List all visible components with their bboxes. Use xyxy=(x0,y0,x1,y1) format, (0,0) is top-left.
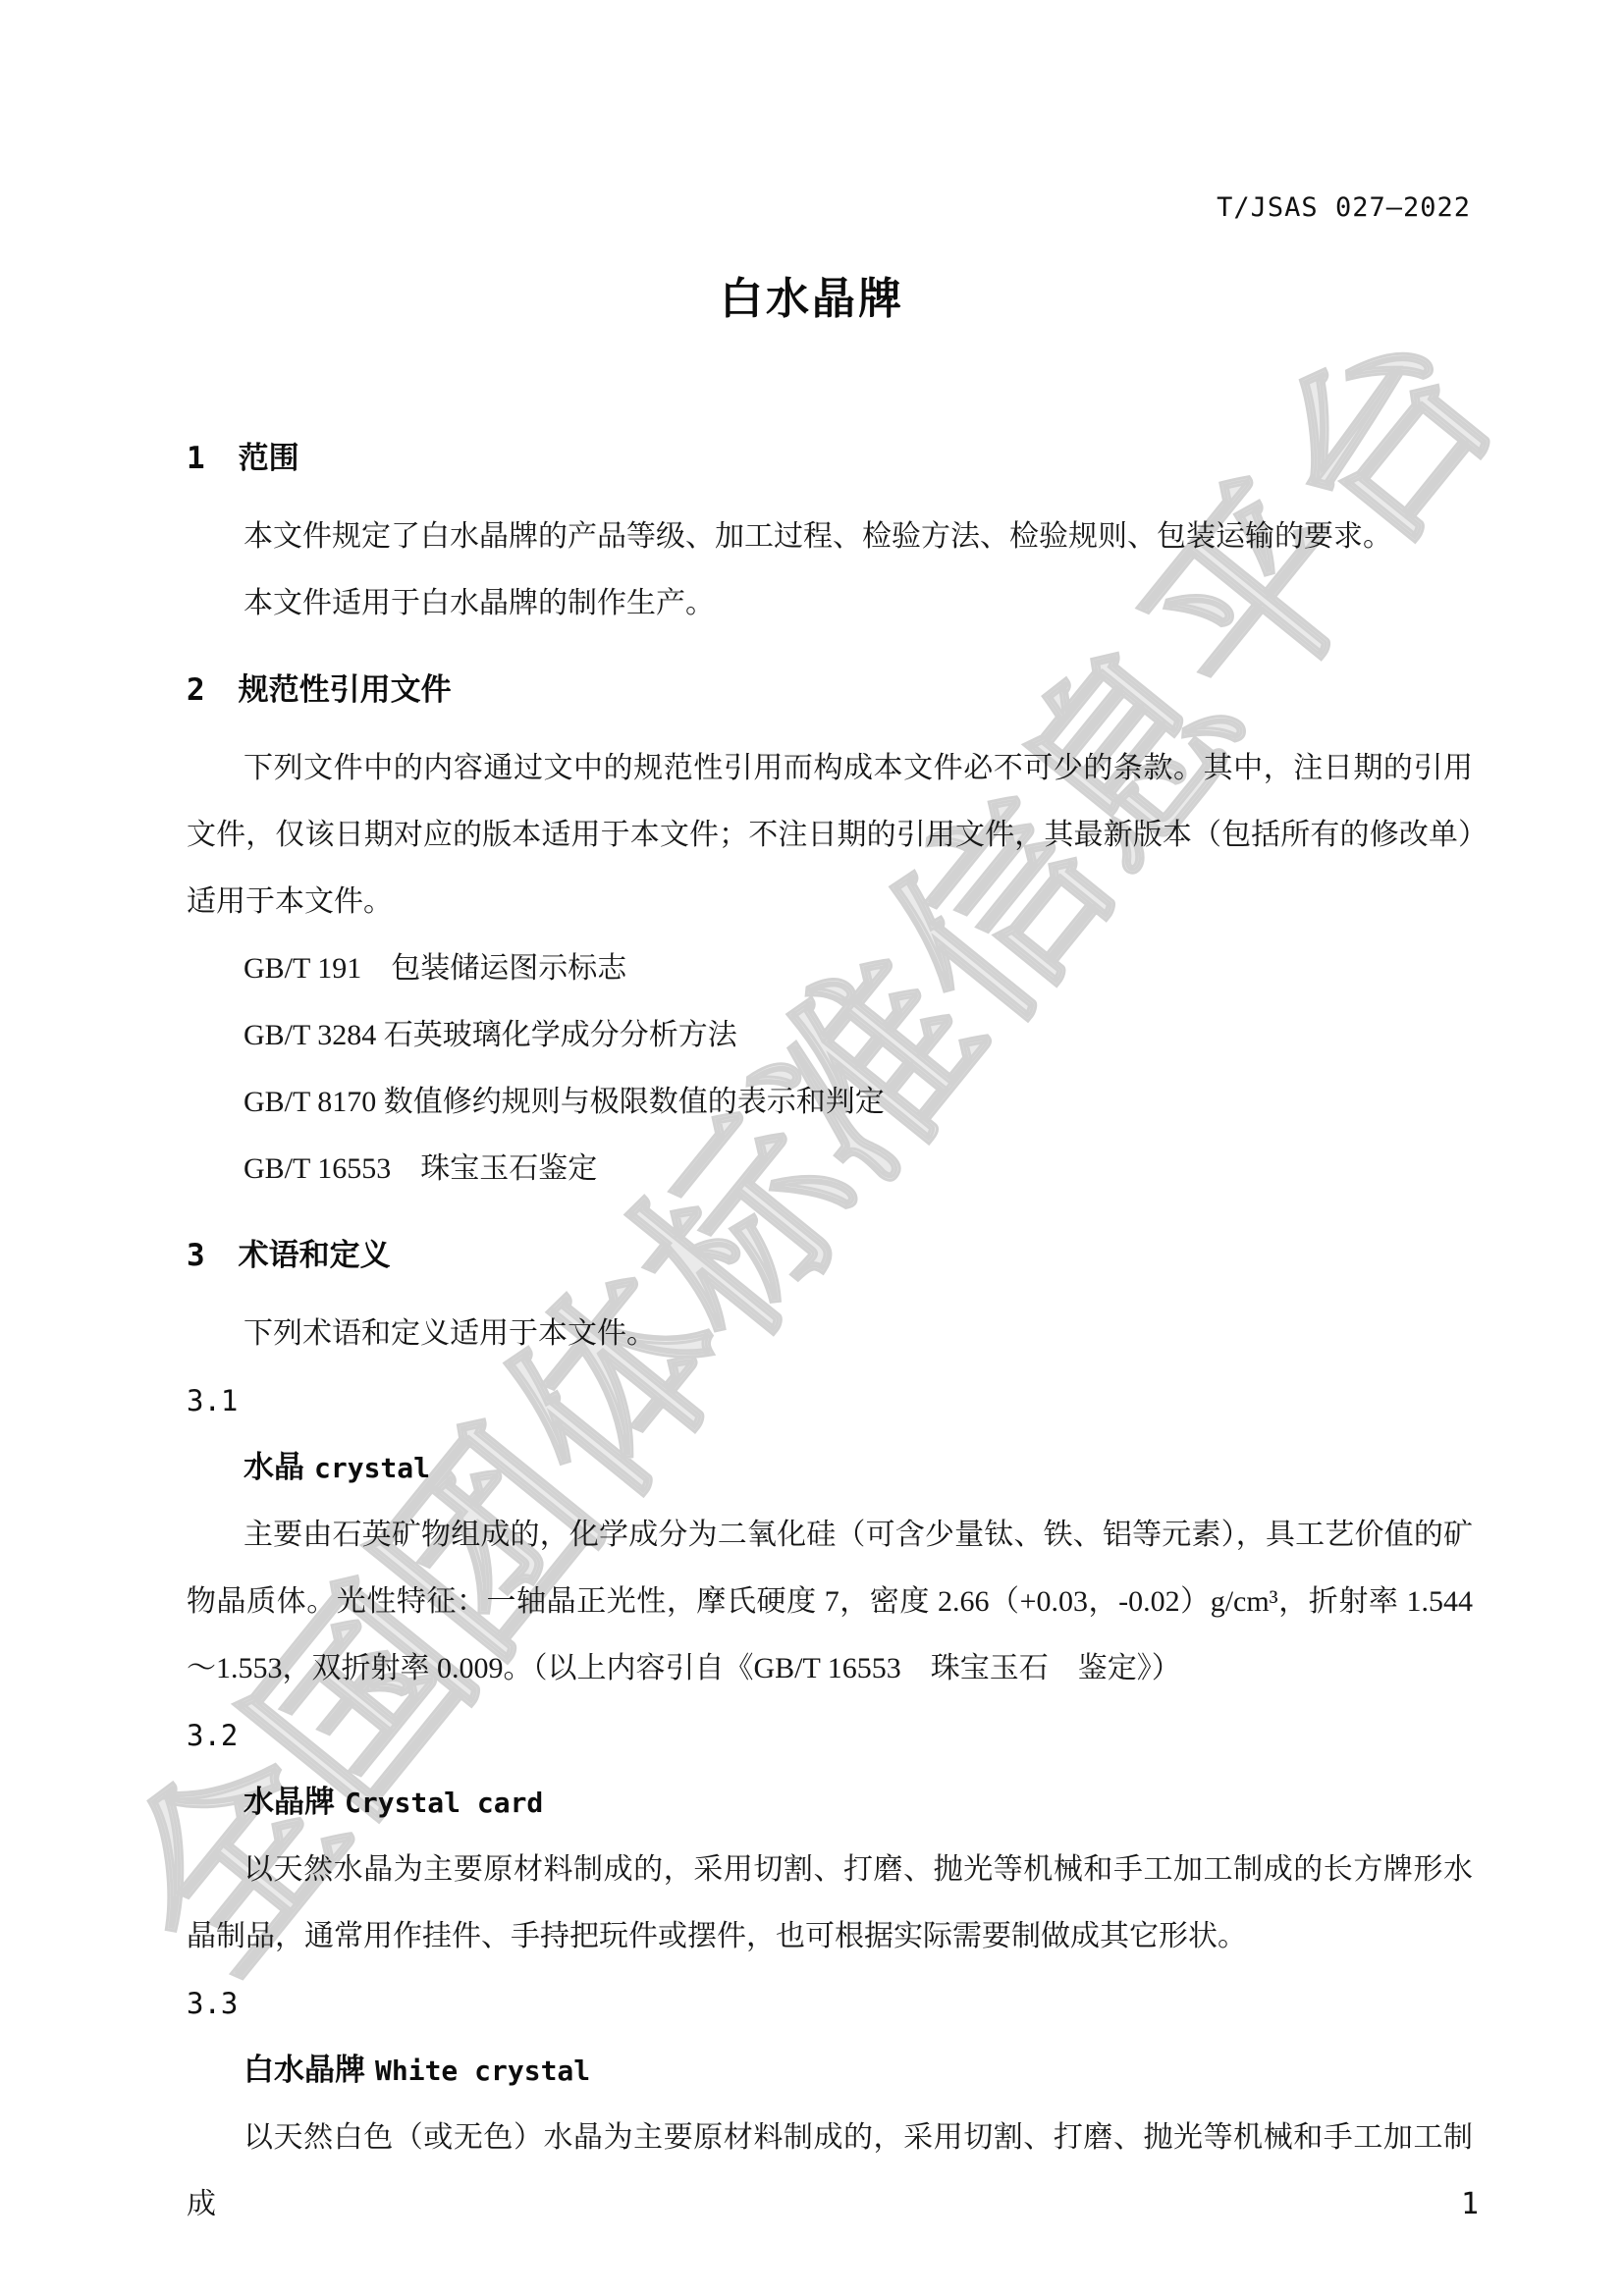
document-page: 全国团体标准信息平台 T/JSAS 027—2022 白水晶牌 1范围 本文件规… xyxy=(0,0,1624,2296)
reference-item: GB/T 191 包装储运图示标志 xyxy=(187,935,1473,1002)
section-1-number: 1 xyxy=(187,425,205,492)
page-number: 1 xyxy=(1461,2187,1479,2221)
term-zh: 水晶 xyxy=(244,1450,304,1485)
reference-item: GB/T 16553 珠宝玉石鉴定 xyxy=(187,1136,1473,1202)
standard-code: T/JSAS 027—2022 xyxy=(1217,192,1471,223)
section-2-number: 2 xyxy=(187,657,205,723)
term-heading-white-crystal: 白水晶牌White crystal xyxy=(187,2037,1473,2105)
section-2-heading: 2规范性引用文件 xyxy=(187,657,1473,723)
term-zh: 白水晶牌 xyxy=(244,2053,365,2088)
section-3-heading: 3术语和定义 xyxy=(187,1222,1473,1289)
reference-item: GB/T 8170 数值修约规则与极限数值的表示和判定 xyxy=(187,1069,1473,1136)
section-3-number: 3 xyxy=(187,1222,205,1289)
document-title: 白水晶牌 xyxy=(0,263,1624,326)
clause-number-3-1: 3.1 xyxy=(187,1367,1473,1434)
section-1-title: 范围 xyxy=(239,441,299,476)
paragraph-scope-1: 本文件规定了白水晶牌的产品等级、加工过程、检验方法、检验规则、包装运输的要求。 xyxy=(187,504,1473,570)
reference-item: GB/T 3284 石英玻璃化学成分分析方法 xyxy=(187,1002,1473,1069)
term-definition-white-crystal: 以天然白色（或无色）水晶为主要原材料制成的，采用切割、打磨、抛光等机械和手工加工… xyxy=(187,2105,1473,2238)
term-heading-crystal: 水晶crystal xyxy=(187,1434,1473,1502)
term-heading-crystal-card: 水晶牌Crystal card xyxy=(187,1769,1473,1837)
term-en: White crystal xyxy=(375,2055,590,2087)
term-en: crystal xyxy=(314,1452,430,1484)
term-definition-crystal: 主要由石英矿物组成的，化学成分为二氧化硅（可含少量钛、铁、铝等元素），具工艺价值… xyxy=(187,1502,1473,1702)
paragraph-terms-intro: 下列术语和定义适用于本文件。 xyxy=(187,1301,1473,1367)
clause-number-3-3: 3.3 xyxy=(187,1970,1473,2037)
clause-number-3-2: 3.2 xyxy=(187,1702,1473,1769)
section-1-heading: 1范围 xyxy=(187,425,1473,492)
section-3-title: 术语和定义 xyxy=(239,1238,391,1273)
section-2-title: 规范性引用文件 xyxy=(239,672,452,708)
term-definition-crystal-card: 以天然水晶为主要原材料制成的，采用切割、打磨、抛光等机械和手工加工制成的长方牌形… xyxy=(187,1837,1473,1970)
term-en: Crystal card xyxy=(345,1787,543,1819)
document-body: 1范围 本文件规定了白水晶牌的产品等级、加工过程、检验方法、检验规则、包装运输的… xyxy=(187,405,1473,2238)
term-zh: 水晶牌 xyxy=(244,1785,335,1820)
paragraph-scope-2: 本文件适用于白水晶牌的制作生产。 xyxy=(187,570,1473,637)
paragraph-normative-refs: 下列文件中的内容通过文中的规范性引用而构成本文件必不可少的条款。其中，注日期的引… xyxy=(187,735,1473,935)
